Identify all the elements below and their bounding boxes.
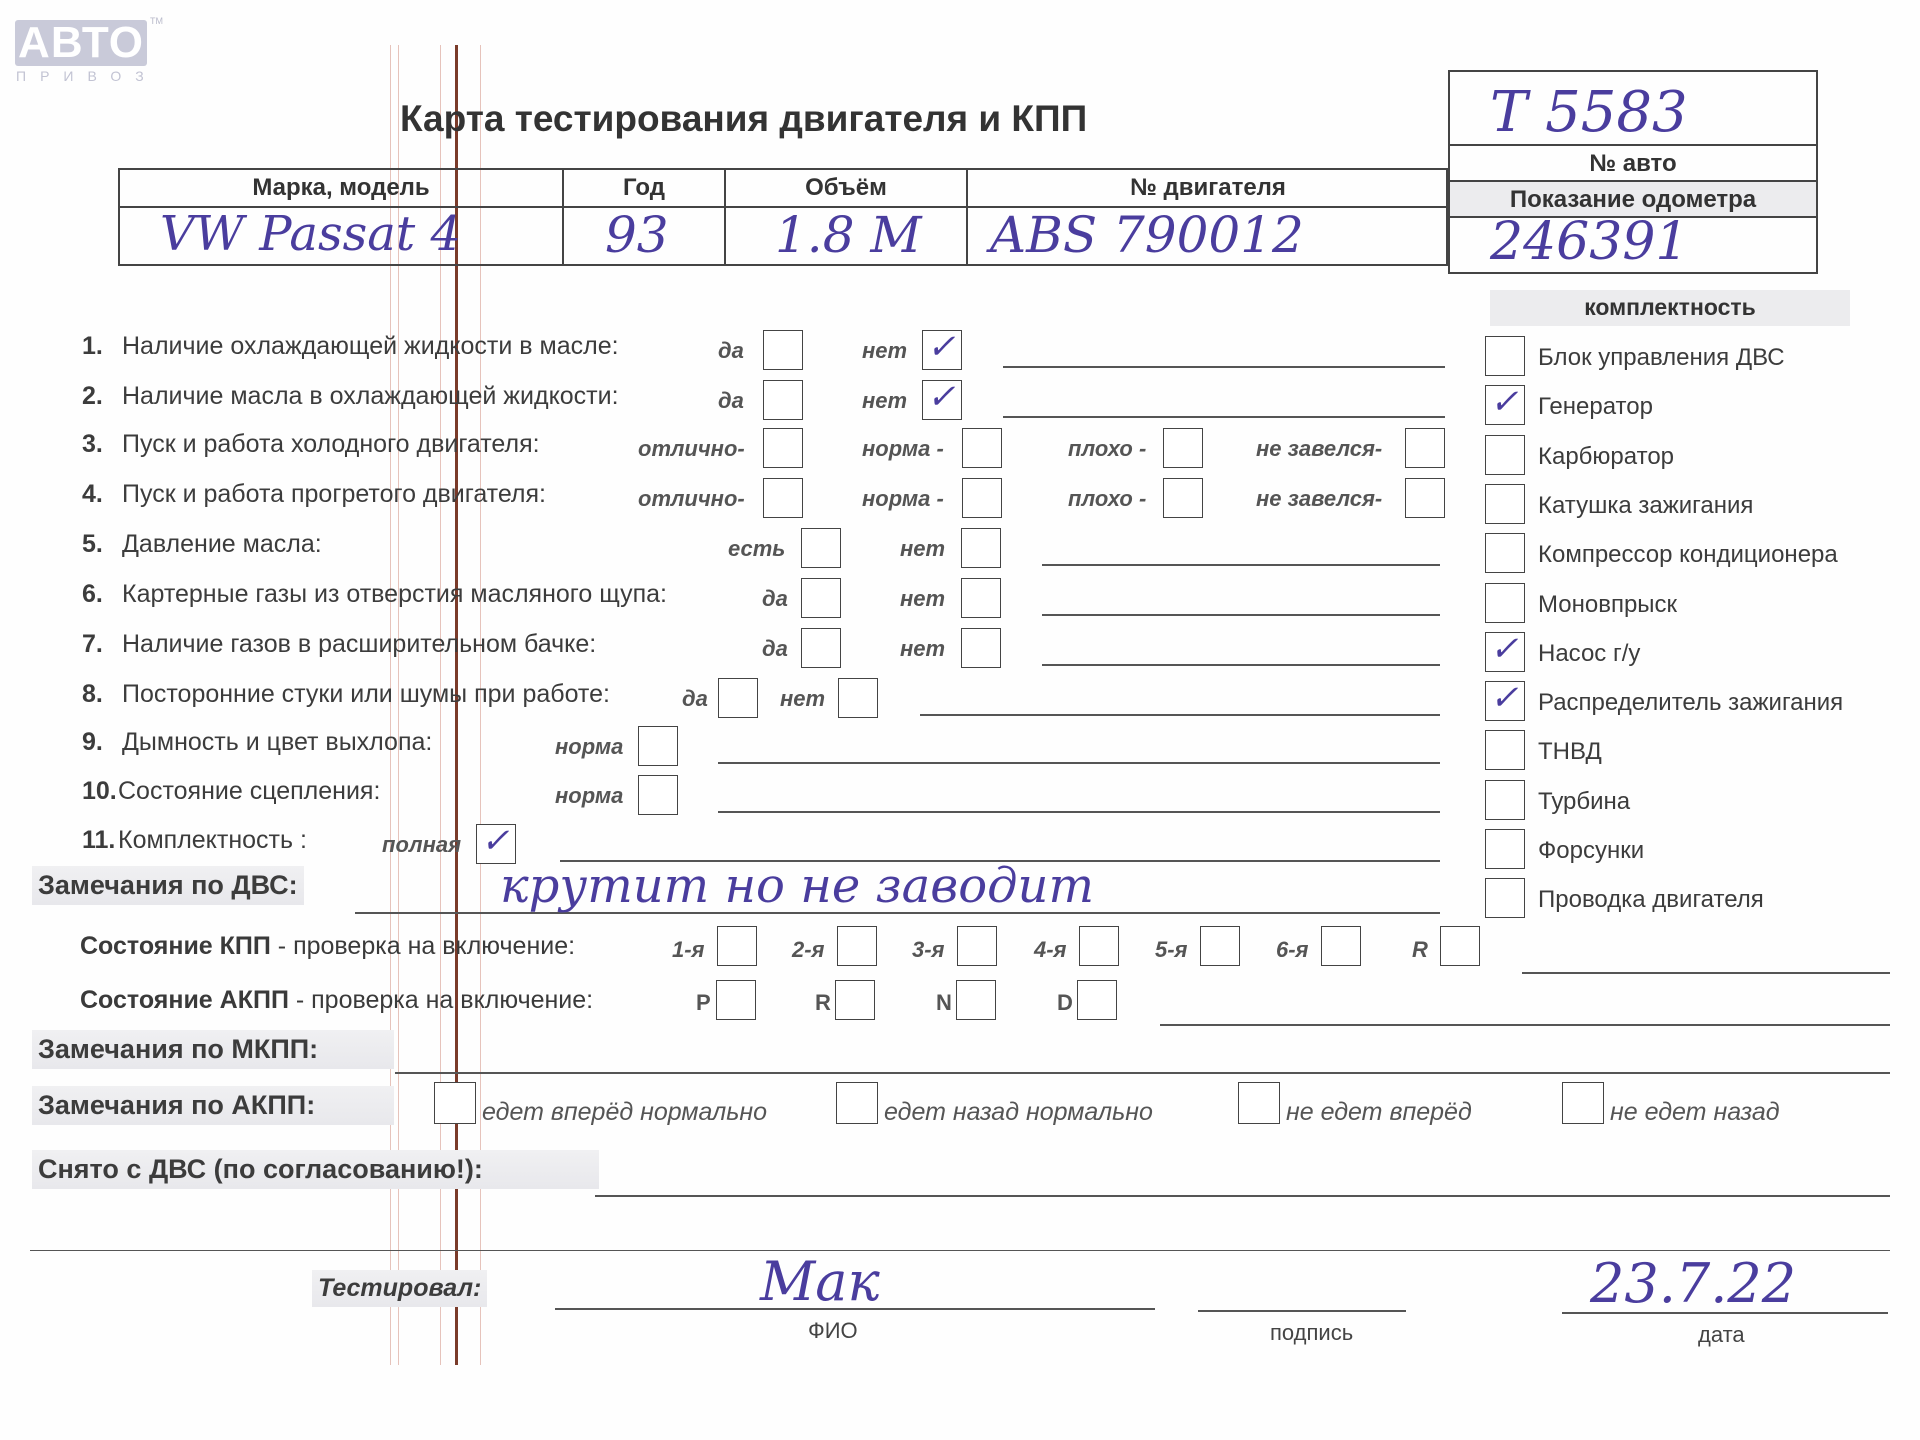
gear-label: 5-я	[1155, 937, 1188, 963]
divider	[30, 1250, 1890, 1251]
option-label: норма	[555, 783, 623, 809]
vehicle-info-table: Марка, модель Год Объём № двигателя VW P…	[118, 168, 1448, 266]
option-checkbox[interactable]	[1405, 478, 1445, 518]
check-mark-icon: ✓	[1490, 384, 1519, 420]
check-number: 1.	[82, 332, 103, 361]
option-label: нет	[900, 586, 945, 612]
option-checkbox[interactable]	[838, 678, 878, 718]
check-number: 8.	[82, 680, 103, 709]
option-checkbox[interactable]	[718, 678, 758, 718]
completeness-checkbox[interactable]	[1485, 730, 1525, 770]
date-caption: дата	[1698, 1322, 1745, 1348]
akpp-label: Состояние АКПП - проверка на включение:	[80, 986, 593, 1015]
akpp-remark-checkbox[interactable]	[1562, 1082, 1604, 1124]
option-label: отлично-	[638, 486, 745, 512]
completeness-item-label: Блок управления ДВС	[1538, 344, 1785, 372]
option-checkbox[interactable]	[961, 528, 1001, 568]
option-checkbox[interactable]	[763, 478, 803, 518]
option-checkbox[interactable]	[961, 578, 1001, 618]
gear-checkbox[interactable]	[1440, 926, 1480, 966]
gear-label: R	[1412, 937, 1428, 963]
gear-checkbox[interactable]	[1079, 926, 1119, 966]
option-checkbox[interactable]	[763, 428, 803, 468]
completeness-item-label: Распределитель зажигания	[1538, 689, 1843, 717]
option-label: плохо -	[1068, 436, 1146, 462]
option-checkbox[interactable]	[962, 428, 1002, 468]
check-number: 9.	[82, 728, 103, 757]
tested-by-label: Тестировал:	[312, 1270, 487, 1307]
check-number: 4.	[82, 480, 103, 509]
mkpp-remarks-line[interactable]	[395, 1072, 1890, 1074]
completeness-checkbox[interactable]	[1485, 878, 1525, 918]
option-label: не завелся-	[1256, 486, 1382, 512]
option-checkbox[interactable]	[962, 478, 1002, 518]
gear-checkbox[interactable]	[716, 980, 756, 1020]
check-mark-icon: ✓	[927, 329, 956, 365]
akpp-remarks-label: Замечания по АКПП:	[32, 1086, 394, 1125]
completeness-item-label: Катушка зажигания	[1538, 492, 1753, 520]
completeness-checkbox[interactable]	[1485, 336, 1525, 376]
option-checkbox[interactable]	[638, 775, 678, 815]
completeness-item-label: Компрессор кондиционера	[1538, 541, 1838, 569]
car-info-box: T 5583 № авто Показание одометра 246391	[1448, 70, 1818, 274]
completeness-item-label: Проводка двигателя	[1538, 886, 1764, 914]
gear-checkbox[interactable]	[717, 926, 757, 966]
akpp-remark-checkbox[interactable]	[836, 1082, 878, 1124]
option-label: плохо -	[1068, 486, 1146, 512]
completeness-item-label: Моновпрыск	[1538, 591, 1677, 619]
option-checkbox[interactable]	[801, 578, 841, 618]
volume-value[interactable]: 1.8 M	[775, 206, 922, 264]
completeness-checkbox[interactable]	[1485, 780, 1525, 820]
gear-label: 1-я	[672, 937, 705, 963]
gear-label: 3-я	[912, 937, 945, 963]
gear-label: 4-я	[1034, 937, 1067, 963]
kpp-label-bold: Состояние КПП	[80, 932, 271, 960]
akpp-label-rest: - проверка на включение:	[289, 986, 593, 1014]
akpp-remark-label: не едет назад	[1610, 1098, 1780, 1127]
option-label: полная	[382, 832, 461, 858]
odometer-value[interactable]: 246391	[1490, 212, 1689, 272]
notes-line[interactable]	[1042, 664, 1440, 666]
option-checkbox[interactable]	[1163, 428, 1203, 468]
option-label: да	[682, 686, 708, 712]
col-make-model: Марка, модель	[120, 174, 562, 202]
option-label: да	[762, 636, 788, 662]
engine-number-value[interactable]: ABS 790012	[990, 206, 1304, 264]
akpp-remark-checkbox[interactable]	[434, 1082, 476, 1124]
engine-remarks-label: Замечания по ДВС:	[32, 866, 304, 905]
col-volume: Объём	[726, 174, 966, 202]
gear-label: D	[1057, 990, 1073, 1016]
check-number: 6.	[82, 580, 103, 609]
check-number: 7.	[82, 630, 103, 659]
option-checkbox[interactable]	[763, 330, 803, 370]
option-label: не завелся-	[1256, 436, 1382, 462]
car-number-label: № авто	[1450, 150, 1816, 178]
completeness-title: комплектность	[1490, 294, 1850, 321]
option-label: норма -	[862, 436, 944, 462]
check-label: Пуск и работа прогретого двигателя:	[122, 480, 546, 509]
option-label: нет	[862, 388, 907, 414]
kpp-label-rest: - проверка на включение:	[271, 932, 575, 960]
gear-checkbox[interactable]	[1200, 926, 1240, 966]
check-number: 3.	[82, 430, 103, 459]
completeness-checkbox[interactable]: ✓	[1485, 681, 1525, 721]
option-checkbox[interactable]	[801, 528, 841, 568]
col-year: Год	[564, 174, 724, 202]
completeness-item-label: Насос г/у	[1538, 640, 1640, 668]
col-engine-number: № двигателя	[968, 174, 1448, 202]
option-checkbox[interactable]	[1163, 478, 1203, 518]
gear-label: R	[815, 990, 831, 1016]
signature-caption: подпись	[1270, 1320, 1353, 1346]
option-checkbox[interactable]	[638, 726, 678, 766]
gear-checkbox[interactable]	[956, 980, 996, 1020]
notes-line[interactable]	[1042, 614, 1440, 616]
check-number: 11.	[82, 826, 115, 855]
check-mark-icon: ✓	[927, 379, 956, 415]
akpp-remark-checkbox[interactable]	[1238, 1082, 1280, 1124]
engine-remarks-value[interactable]: крутит но не заводит	[500, 858, 1094, 914]
option-label: да	[718, 338, 744, 364]
mkpp-remarks-label: Замечания по МКПП:	[32, 1030, 394, 1069]
option-checkbox[interactable]	[1405, 428, 1445, 468]
signature-line[interactable]	[1198, 1310, 1406, 1312]
gear-checkbox[interactable]	[957, 926, 997, 966]
check-label: Комплектность :	[118, 826, 307, 855]
completeness-item-label: Форсунки	[1538, 837, 1644, 865]
akpp-remark-label: едет назад нормально	[884, 1098, 1153, 1127]
gear-checkbox[interactable]	[1077, 980, 1117, 1020]
option-checkbox[interactable]	[763, 380, 803, 420]
akpp-line	[1160, 1024, 1890, 1026]
check-number: 2.	[82, 382, 103, 411]
option-label: нет	[862, 338, 907, 364]
check-label: Состояние сцепления:	[118, 777, 380, 806]
page-title: Карта тестирования двигателя и КПП	[400, 98, 1087, 140]
completeness-checkbox[interactable]	[1485, 583, 1525, 623]
completeness-item-label: ТНВД	[1538, 738, 1602, 766]
notes-line[interactable]	[718, 762, 1440, 764]
car-number-value[interactable]: T 5583	[1490, 80, 1688, 145]
completeness-checkbox[interactable]: ✓	[1485, 385, 1525, 425]
akpp-remark-label: не едет вперёд	[1286, 1098, 1472, 1127]
gear-label: 2-я	[792, 937, 825, 963]
option-checkbox[interactable]	[801, 628, 841, 668]
option-label: да	[762, 586, 788, 612]
logo: АВТО	[15, 20, 147, 66]
date-value[interactable]: 23.7.22	[1590, 1252, 1796, 1315]
completeness-item-label: Генератор	[1538, 393, 1653, 421]
check-label: Картерные газы из отверстия масляного щу…	[122, 580, 667, 609]
akpp-remark-label: едет вперёд нормально	[482, 1098, 767, 1127]
check-mark-icon: ✓	[1490, 631, 1519, 667]
notes-line[interactable]	[1003, 366, 1445, 368]
akpp-label-bold: Состояние АКПП	[80, 986, 289, 1014]
option-label: есть	[728, 536, 785, 562]
check-label: Наличие масла в охлаждающей жидкости:	[122, 382, 619, 411]
option-checkbox[interactable]	[961, 628, 1001, 668]
check-label: Наличие охлаждающей жидкости в масле:	[122, 332, 619, 361]
completeness-item-label: Карбюратор	[1538, 443, 1674, 471]
tester-name-value[interactable]: Мак	[760, 1250, 880, 1313]
trademark: TM	[150, 16, 163, 26]
removed-line[interactable]	[595, 1195, 1890, 1197]
option-label: нет	[780, 686, 825, 712]
check-number: 10.	[82, 777, 117, 806]
completeness-checkbox[interactable]	[1485, 533, 1525, 573]
option-label: норма -	[862, 486, 944, 512]
notes-line[interactable]	[560, 860, 1440, 862]
completeness-checkbox[interactable]: ✓	[1485, 632, 1525, 672]
option-label: норма	[555, 734, 623, 760]
gear-checkbox[interactable]	[1321, 926, 1361, 966]
kpp-label: Состояние КПП - проверка на включение:	[80, 932, 575, 961]
check-label: Пуск и работа холодного двигателя:	[122, 430, 540, 459]
notes-line[interactable]	[1042, 564, 1440, 566]
gear-checkbox[interactable]	[837, 926, 877, 966]
name-caption: ФИО	[808, 1318, 858, 1344]
option-label: нет	[900, 536, 945, 562]
check-number: 5.	[82, 530, 103, 559]
logo-subtitle: ПРИВОЗ	[16, 68, 158, 84]
check-mark-icon: ✓	[1490, 680, 1519, 716]
make-model-value[interactable]: VW Passat 4	[160, 206, 461, 262]
completeness-item-label: Турбина	[1538, 788, 1630, 816]
gear-checkbox[interactable]	[835, 980, 875, 1020]
option-checkbox[interactable]: ✓	[922, 380, 962, 420]
notes-line[interactable]	[920, 714, 1440, 716]
option-checkbox[interactable]: ✓	[476, 824, 516, 864]
kpp-line	[1522, 972, 1890, 974]
check-label: Дымность и цвет выхлопа:	[122, 728, 432, 757]
check-label: Давление масла:	[122, 530, 322, 559]
gear-label: N	[936, 990, 952, 1016]
gear-label: 6-я	[1276, 937, 1309, 963]
option-label: отлично-	[638, 436, 745, 462]
check-label: Наличие газов в расширительном бачке:	[122, 630, 596, 659]
completeness-checkbox[interactable]	[1485, 829, 1525, 869]
removed-label: Снято с ДВС (по согласованию!):	[32, 1150, 599, 1189]
year-value[interactable]: 93	[605, 206, 669, 264]
option-label: да	[718, 388, 744, 414]
check-mark-icon: ✓	[481, 823, 510, 859]
notes-line[interactable]	[1003, 416, 1445, 418]
option-label: нет	[900, 636, 945, 662]
notes-line[interactable]	[718, 811, 1440, 813]
completeness-checkbox[interactable]	[1485, 484, 1525, 524]
option-checkbox[interactable]: ✓	[922, 330, 962, 370]
completeness-checkbox[interactable]	[1485, 435, 1525, 475]
odometer-label: Показание одометра	[1450, 186, 1816, 214]
check-label: Посторонние стуки или шумы при работе:	[122, 680, 610, 709]
gear-label: P	[696, 990, 711, 1016]
